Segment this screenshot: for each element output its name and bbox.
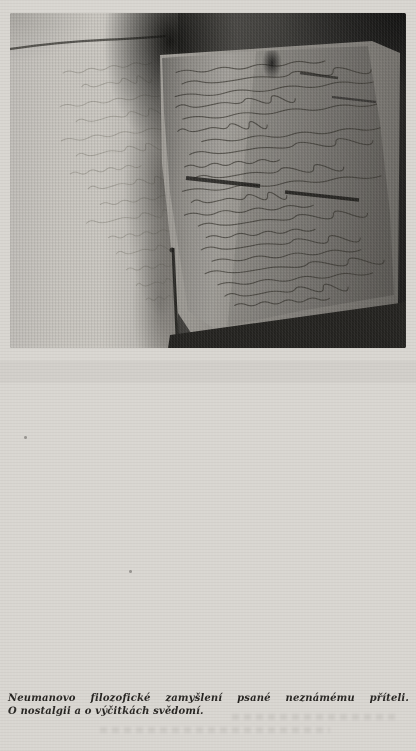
show-through-text-smudge [100, 727, 330, 733]
page-edge-line [170, 248, 180, 343]
caption-line-1: Neumanovo filozofické zamyšlení psané ne… [8, 693, 409, 706]
manuscript-photograph [10, 13, 406, 348]
scan-shading-band [0, 361, 416, 383]
caption-line-2: O nostalgii a o výčitkách svědomí. [8, 706, 409, 719]
print-speck [129, 570, 132, 573]
figure-caption: Neumanovo filozofické zamyšlení psané ne… [8, 693, 409, 718]
print-speck [24, 436, 27, 439]
letter-handwriting [10, 13, 406, 348]
